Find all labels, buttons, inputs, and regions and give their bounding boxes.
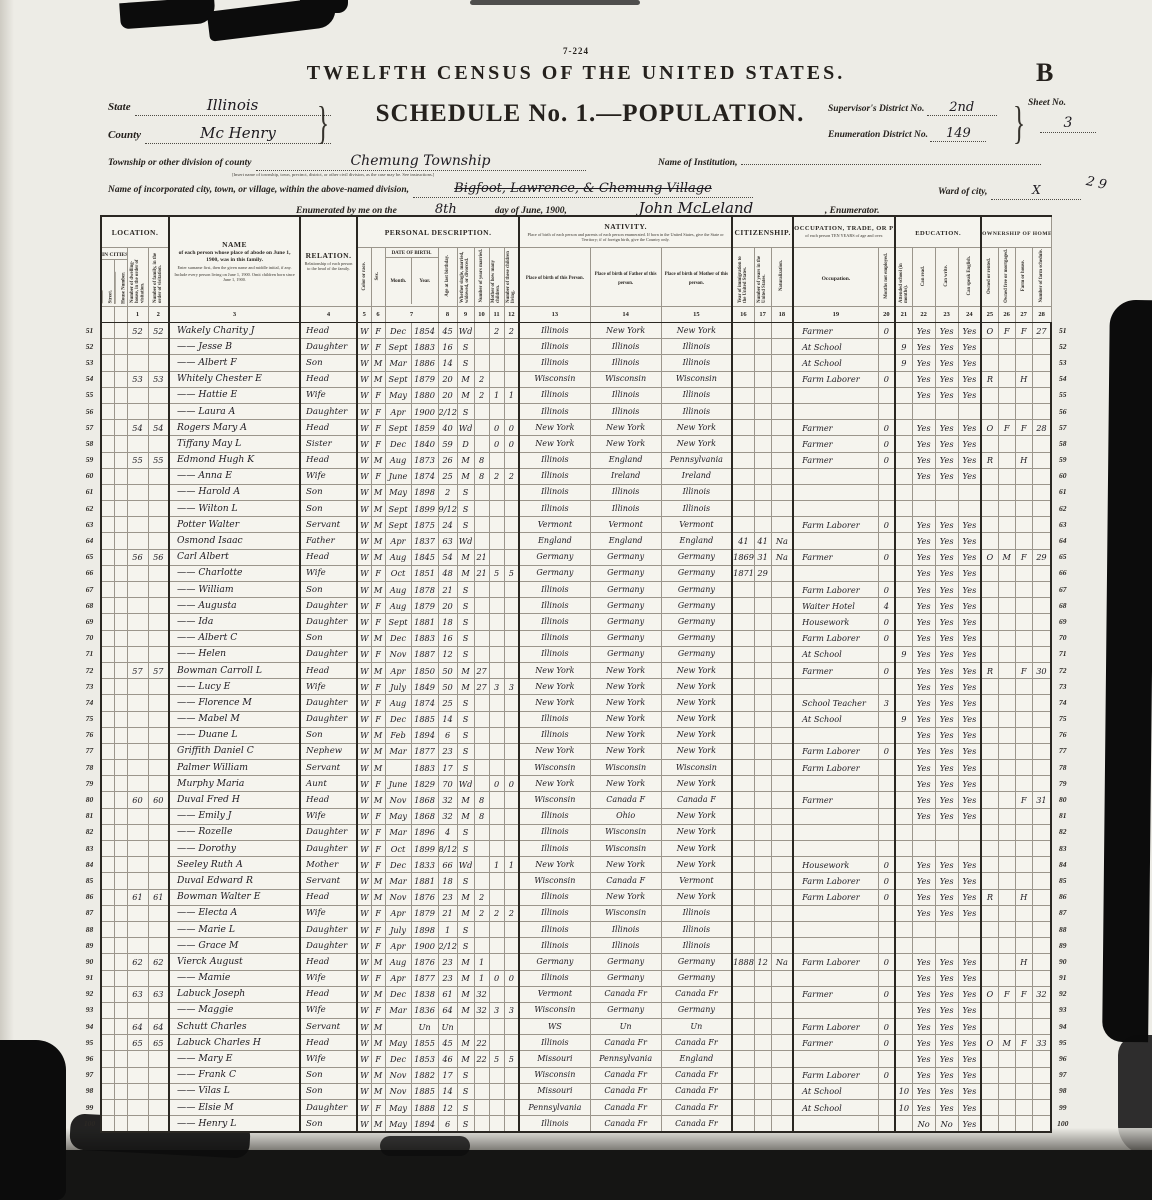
- cell-rd: [912, 921, 935, 937]
- cell-fno: [1032, 954, 1051, 970]
- cell-sp: [958, 921, 981, 937]
- cell-sp: [958, 824, 981, 840]
- cell-sx: F: [371, 970, 385, 986]
- cell-cl: [504, 403, 519, 419]
- cell-mu: [878, 1051, 895, 1067]
- cell-sp: Yes: [958, 1100, 981, 1116]
- col-number: 8: [438, 307, 457, 323]
- cell-fm: 63: [148, 986, 169, 1002]
- cell-ym: [474, 938, 489, 954]
- cell-pf: Germany: [590, 582, 661, 598]
- cell-by: 1849: [411, 679, 438, 695]
- cell-fno: [1032, 760, 1051, 776]
- cell-house: [114, 695, 127, 711]
- cell-yu: [754, 873, 771, 889]
- cell-farm: H: [1015, 889, 1032, 905]
- cell-sp: Yes: [958, 679, 981, 695]
- cell-bm: June: [385, 468, 411, 484]
- school-col-label: Attended school (in months).: [895, 248, 912, 307]
- cell-cr: W: [357, 371, 371, 387]
- cell-wr: Yes: [935, 1002, 958, 1018]
- cell-cr: W: [357, 420, 371, 436]
- cell-farm: [1015, 565, 1032, 581]
- cell-street: [101, 679, 114, 695]
- cell-dw: [127, 501, 148, 517]
- cell-iy: [732, 970, 754, 986]
- cell-free: [998, 517, 1015, 533]
- line-number: 97: [79, 1067, 101, 1083]
- cell-fm: [148, 598, 169, 614]
- cell-rl: Wife: [300, 387, 357, 403]
- census-record-row: 575454Rogers Mary AHeadWFSept185940Wd00N…: [79, 420, 1073, 436]
- cell-oc: Waiter Hotel: [793, 598, 878, 614]
- cell-iy: [732, 1116, 754, 1133]
- cell-ym: 22: [474, 1035, 489, 1051]
- line-number: 87: [1051, 905, 1073, 921]
- cell-rl: Son: [300, 355, 357, 371]
- cell-mu: [878, 339, 895, 355]
- census-record-row: 99—— Elsie MDaughterWFMay188812SPennsylv…: [79, 1100, 1073, 1116]
- cell-house: [114, 371, 127, 387]
- city-line: Name of incorporated city, town, or vill…: [108, 179, 753, 198]
- cell-nm: Duval Fred H: [169, 792, 300, 808]
- cell-yu: [754, 743, 771, 759]
- col-number: 14: [590, 307, 661, 323]
- cell-sx: F: [371, 646, 385, 662]
- line-number: 100: [1051, 1116, 1073, 1133]
- years-us-col-label: Number of years in the United States.: [754, 248, 771, 307]
- cell-street: [101, 986, 114, 1002]
- cell-farm: [1015, 1067, 1032, 1083]
- cell-bm: May: [385, 1100, 411, 1116]
- cell-sm: [895, 452, 912, 468]
- cell-free: [998, 824, 1015, 840]
- line-number: 89: [79, 938, 101, 954]
- cell-wr: Yes: [935, 517, 958, 533]
- cell-nm: Duval Edward R: [169, 873, 300, 889]
- cell-yu: [754, 1002, 771, 1018]
- cell-rl: Wife: [300, 1051, 357, 1067]
- cell-ym: 1: [474, 954, 489, 970]
- cell-pb: Illinois: [519, 889, 590, 905]
- cell-wr: Yes: [935, 986, 958, 1002]
- cell-pb: New York: [519, 743, 590, 759]
- cell-ym: 1: [474, 970, 489, 986]
- cell-pm: Illinois: [661, 921, 732, 937]
- cell-rd: Yes: [912, 646, 935, 662]
- census-record-row: 98—— Vilas LSonWMNov188514SMissouriCanad…: [79, 1083, 1073, 1099]
- cell-street: [101, 857, 114, 873]
- census-record-row: 82—— RozelleDaughterWFMar18964SIllinoisW…: [79, 824, 1073, 840]
- cell-farm: [1015, 1051, 1032, 1067]
- cell-pf: Canada Fr: [590, 1100, 661, 1116]
- line-number: 99: [79, 1100, 101, 1116]
- col-number: [101, 307, 114, 323]
- cell-mc: [489, 533, 504, 549]
- cell-cr: W: [357, 986, 371, 1002]
- census-record-row: 64Osmond IsaacFatherWMApr183763WdEngland…: [79, 533, 1073, 549]
- cell-mu: [878, 403, 895, 419]
- family-col-label: Number of family, in the order of visita…: [148, 248, 169, 307]
- cell-house: [114, 484, 127, 500]
- cell-own: [981, 857, 998, 873]
- cell-dw: [127, 776, 148, 792]
- cell-sp: Yes: [958, 743, 981, 759]
- col-number: 1: [127, 307, 148, 323]
- line-number: 94: [79, 1019, 101, 1035]
- cell-farm: F: [1015, 323, 1032, 339]
- cell-fno: 33: [1032, 1035, 1051, 1051]
- cell-ag: 17: [438, 760, 457, 776]
- cell-iy: [732, 484, 754, 500]
- cell-ag: 23: [438, 889, 457, 905]
- cell-cl: [504, 1035, 519, 1051]
- cell-nt: [771, 1116, 793, 1133]
- cell-house: [114, 436, 127, 452]
- cell-rl: Daughter: [300, 695, 357, 711]
- cell-house: [114, 743, 127, 759]
- cell-fm: [148, 970, 169, 986]
- cell-free: [998, 565, 1015, 581]
- cell-street: [101, 501, 114, 517]
- cell-iy: [732, 1051, 754, 1067]
- cell-house: [114, 630, 127, 646]
- cell-rd: Yes: [912, 970, 935, 986]
- cell-pm: England: [661, 533, 732, 549]
- cell-nm: —— Mamie: [169, 970, 300, 986]
- cell-wr: Yes: [935, 323, 958, 339]
- cell-nm: —— Grace M: [169, 938, 300, 954]
- cell-cl: [504, 662, 519, 678]
- cell-rd: Yes: [912, 695, 935, 711]
- cell-cr: W: [357, 517, 371, 533]
- cell-cr: W: [357, 776, 371, 792]
- cell-rl: Daughter: [300, 614, 357, 630]
- line-number: 81: [1051, 808, 1073, 824]
- cell-ag: 16: [438, 339, 457, 355]
- cell-wr: Yes: [935, 355, 958, 371]
- cell-house: [114, 582, 127, 598]
- cell-pm: Illinois: [661, 484, 732, 500]
- cell-street: [101, 484, 114, 500]
- cell-own: [981, 533, 998, 549]
- cell-ag: 64: [438, 1002, 457, 1018]
- cell-mc: [489, 1116, 504, 1133]
- cell-rl: Daughter: [300, 1100, 357, 1116]
- cell-pb: Illinois: [519, 921, 590, 937]
- cell-street: [101, 841, 114, 857]
- cell-nt: [771, 1019, 793, 1035]
- cell-dw: 60: [127, 792, 148, 808]
- scan-blotch: [470, 0, 640, 5]
- cell-mu: 0: [878, 1019, 895, 1035]
- cell-nt: [771, 1002, 793, 1018]
- cell-farm: [1015, 776, 1032, 792]
- cell-yu: 29: [754, 565, 771, 581]
- cell-mc: [489, 1083, 504, 1099]
- cell-sx: F: [371, 436, 385, 452]
- cell-ym: [474, 776, 489, 792]
- census-record-row: 946464Schutt CharlesServantWMUnUnWSUnUnF…: [79, 1019, 1073, 1035]
- cell-by: 1877: [411, 743, 438, 759]
- cell-pf: England: [590, 533, 661, 549]
- cell-mc: 2: [489, 468, 504, 484]
- cell-iy: [732, 792, 754, 808]
- cell-own: O: [981, 323, 998, 339]
- cell-pf: New York: [590, 857, 661, 873]
- line-number: 77: [1051, 743, 1073, 759]
- cell-dw: [127, 565, 148, 581]
- cell-mc: [489, 1035, 504, 1051]
- cell-pb: Wisconsin: [519, 1067, 590, 1083]
- cell-mu: 0: [878, 662, 895, 678]
- col-number: 4: [300, 307, 357, 323]
- cell-oc: Farm Laborer: [793, 582, 878, 598]
- cell-mu: 0: [878, 1035, 895, 1051]
- cell-sp: Yes: [958, 695, 981, 711]
- cell-fm: [148, 1067, 169, 1083]
- cell-own: [981, 598, 998, 614]
- col-number: 22: [912, 307, 935, 323]
- cell-fno: [1032, 873, 1051, 889]
- cell-oc: At School: [793, 711, 878, 727]
- cell-yu: [754, 339, 771, 355]
- cell-own: [981, 1002, 998, 1018]
- cell-rd: [912, 501, 935, 517]
- cell-ag: 23: [438, 954, 457, 970]
- cell-by: 1855: [411, 1035, 438, 1051]
- cell-oc: [793, 808, 878, 824]
- cell-house: [114, 792, 127, 808]
- line-number: 86: [1051, 889, 1073, 905]
- cell-free: M: [998, 549, 1015, 565]
- cell-ms: Wd: [457, 533, 474, 549]
- census-record-row: 93—— MaggieWifeWFMar183664M3233Wisconsin…: [79, 1002, 1073, 1018]
- cell-by: 1881: [411, 614, 438, 630]
- cell-pf: Canada Fr: [590, 1035, 661, 1051]
- cell-street: [101, 1035, 114, 1051]
- cell-pb: Vermont: [519, 517, 590, 533]
- cell-fno: [1032, 339, 1051, 355]
- cell-pb: Illinois: [519, 905, 590, 921]
- cell-free: [998, 792, 1015, 808]
- cell-wr: Yes: [935, 646, 958, 662]
- cell-sp: Yes: [958, 452, 981, 468]
- census-record-row: 52—— Jesse BDaughterWFSept188316SIllinoi…: [79, 339, 1073, 355]
- line-number: 74: [1051, 695, 1073, 711]
- cell-ym: 21: [474, 565, 489, 581]
- cell-ms: M: [457, 954, 474, 970]
- cell-nt: [771, 403, 793, 419]
- line-number: 68: [1051, 598, 1073, 614]
- cell-house: [114, 986, 127, 1002]
- cell-by: 1879: [411, 905, 438, 921]
- cell-bm: Apr: [385, 662, 411, 678]
- cell-by: 1878: [411, 582, 438, 598]
- cell-own: [981, 1083, 998, 1099]
- cell-cl: [504, 938, 519, 954]
- relation-group-header: RELATION. Relationship of each person to…: [300, 216, 357, 307]
- cell-nm: Griffith Daniel C: [169, 743, 300, 759]
- cell-mc: [489, 339, 504, 355]
- cell-house: [114, 776, 127, 792]
- cell-pm: New York: [661, 841, 732, 857]
- col-number: 28: [1032, 307, 1051, 323]
- cell-by: 1879: [411, 598, 438, 614]
- cell-nm: —— Wilton L: [169, 501, 300, 517]
- cell-free: F: [998, 323, 1015, 339]
- cell-ag: 24: [438, 517, 457, 533]
- cell-house: [114, 533, 127, 549]
- cell-yu: [754, 517, 771, 533]
- cell-own: [981, 565, 998, 581]
- cell-ag: 46: [438, 1051, 457, 1067]
- cell-dw: [127, 598, 148, 614]
- cell-nt: [771, 727, 793, 743]
- cell-house: [114, 711, 127, 727]
- cell-oc: [793, 387, 878, 403]
- cell-by: 1888: [411, 1100, 438, 1116]
- cell-nt: [771, 1100, 793, 1116]
- cell-by: 1883: [411, 630, 438, 646]
- cell-ym: [474, 403, 489, 419]
- cell-cr: W: [357, 873, 371, 889]
- cell-dw: [127, 517, 148, 533]
- cell-wr: Yes: [935, 533, 958, 549]
- cell-dw: [127, 808, 148, 824]
- cell-rl: Servant: [300, 760, 357, 776]
- cell-iy: [732, 921, 754, 937]
- cell-wr: Yes: [935, 760, 958, 776]
- cell-fno: [1032, 824, 1051, 840]
- cell-free: [998, 841, 1015, 857]
- line-number: 74: [79, 695, 101, 711]
- cell-pb: New York: [519, 436, 590, 452]
- cell-wr: Yes: [935, 420, 958, 436]
- cell-rl: Head: [300, 662, 357, 678]
- cell-mc: [489, 614, 504, 630]
- cell-ag: 21: [438, 582, 457, 598]
- cell-sp: Yes: [958, 630, 981, 646]
- cell-by: 1896: [411, 824, 438, 840]
- cell-ms: S: [457, 841, 474, 857]
- cell-house: [114, 1116, 127, 1133]
- cell-nt: [771, 808, 793, 824]
- cell-rd: Yes: [912, 986, 935, 1002]
- cell-mc: [489, 484, 504, 500]
- census-record-row: 655656Carl AlbertHeadWMAug184554M21Germa…: [79, 549, 1073, 565]
- cell-ym: [474, 436, 489, 452]
- cell-rl: Wife: [300, 808, 357, 824]
- cell-mu: 0: [878, 420, 895, 436]
- cell-nt: [771, 776, 793, 792]
- cell-ms: M: [457, 970, 474, 986]
- cell-street: [101, 954, 114, 970]
- cell-mu: [878, 938, 895, 954]
- cell-nt: [771, 986, 793, 1002]
- col-number: 24: [958, 307, 981, 323]
- census-record-row: 53—— Albert FSonWMMar188614SIllinoisIlli…: [79, 355, 1073, 371]
- cell-mc: 2: [489, 905, 504, 921]
- cell-fno: [1032, 711, 1051, 727]
- cell-yu: 12: [754, 954, 771, 970]
- cell-bm: Apr: [385, 905, 411, 921]
- cell-mu: [878, 905, 895, 921]
- col-number: 21: [895, 307, 912, 323]
- cell-pb: Illinois: [519, 598, 590, 614]
- cell-oc: At School: [793, 1100, 878, 1116]
- cell-cr: W: [357, 582, 371, 598]
- cell-pf: Illinois: [590, 484, 661, 500]
- cell-sm: [895, 484, 912, 500]
- cell-farm: [1015, 582, 1032, 598]
- line-number: 84: [1051, 857, 1073, 873]
- cell-ym: [474, 339, 489, 355]
- line-number: 73: [79, 679, 101, 695]
- line-number: 86: [79, 889, 101, 905]
- cell-fm: 54: [148, 420, 169, 436]
- cell-mu: 0: [878, 857, 895, 873]
- scan-blotch: [380, 1136, 470, 1156]
- census-record-row: 725757Bowman Carroll LHeadWMApr185050M27…: [79, 662, 1073, 678]
- county-value: Mc Henry: [200, 124, 276, 142]
- line-number: 90: [1051, 954, 1073, 970]
- cell-free: [998, 776, 1015, 792]
- cell-yu: [754, 403, 771, 419]
- cell-sx: F: [371, 776, 385, 792]
- brace-glyph: }: [317, 96, 329, 149]
- cell-ym: [474, 760, 489, 776]
- cell-pf: Illinois: [590, 403, 661, 419]
- township-line: Township or other division of county Che…: [108, 152, 586, 171]
- cell-sm: 9: [895, 355, 912, 371]
- cell-fno: [1032, 452, 1051, 468]
- census-record-row: 68—— AugustaDaughterWFAug187920SIllinois…: [79, 598, 1073, 614]
- cell-farm: [1015, 873, 1032, 889]
- cell-pb: Wisconsin: [519, 792, 590, 808]
- cell-street: [101, 339, 114, 355]
- cell-mu: [878, 501, 895, 517]
- line-number: 54: [1051, 371, 1073, 387]
- cell-rd: Yes: [912, 760, 935, 776]
- ownership-group-header: OWNERSHIP OF HOME.: [981, 216, 1051, 248]
- cell-dw: 65: [127, 1035, 148, 1051]
- cell-ms: M: [457, 792, 474, 808]
- cell-ag: 17: [438, 1067, 457, 1083]
- cell-sp: Yes: [958, 1067, 981, 1083]
- cell-fno: [1032, 695, 1051, 711]
- cell-bm: Dec: [385, 711, 411, 727]
- cell-oc: Farm Laborer: [793, 630, 878, 646]
- cell-yu: [754, 1019, 771, 1035]
- cell-ym: [474, 484, 489, 500]
- cell-nt: [771, 339, 793, 355]
- cell-ag: 50: [438, 662, 457, 678]
- cell-rd: Yes: [912, 776, 935, 792]
- cell-ms: M: [457, 549, 474, 565]
- cell-iy: [732, 1067, 754, 1083]
- cell-mc: [489, 727, 504, 743]
- cell-street: [101, 646, 114, 662]
- cell-bm: Aug: [385, 549, 411, 565]
- cell-by: 1898: [411, 921, 438, 937]
- line-number: 88: [1051, 921, 1073, 937]
- cell-by: 1881: [411, 873, 438, 889]
- cell-dw: [127, 339, 148, 355]
- cell-nt: [771, 792, 793, 808]
- cell-oc: Farmer: [793, 986, 878, 1002]
- cell-mu: [878, 711, 895, 727]
